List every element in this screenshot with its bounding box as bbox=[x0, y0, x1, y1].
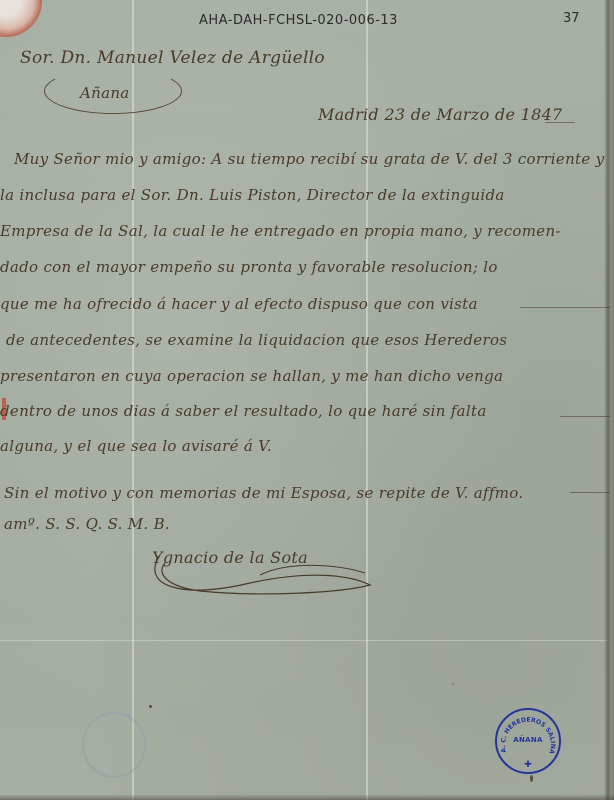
paper-speck bbox=[530, 775, 533, 782]
body-line: la inclusa para el Sor. Dn. Luis Piston,… bbox=[0, 186, 505, 204]
addressee-place: Añana bbox=[80, 84, 130, 102]
fold-line bbox=[132, 0, 134, 800]
archive-stamp: A. C. HEREDEROS SALINAS AÑANA ✚ bbox=[495, 708, 561, 774]
folio-number: 37 bbox=[563, 11, 580, 26]
courtesy-abbreviation: amº. S. S. Q. S. M. B. bbox=[4, 515, 170, 533]
stamp-center-text: AÑANA bbox=[497, 736, 559, 744]
svg-text:A. C. HEREDEROS SALINAS: A. C. HEREDEROS SALINAS bbox=[497, 710, 556, 755]
body-line: dentro de unos dias á saber el resultado… bbox=[0, 402, 487, 420]
cross-icon: ✚ bbox=[497, 760, 559, 770]
red-wax-stain bbox=[0, 0, 42, 37]
body-line: presentaron en cuya operacion se hallan,… bbox=[0, 367, 503, 385]
paper-speck bbox=[149, 705, 152, 708]
body-line: alguna, y el que sea lo avisaré á V. bbox=[0, 437, 272, 455]
paper-edge-right bbox=[604, 0, 614, 800]
fold-line bbox=[0, 640, 614, 641]
addressee-name: Sor. Dn. Manuel Velez de Argüello bbox=[20, 48, 325, 68]
body-line: Empresa de la Sal, la cual le he entrega… bbox=[0, 222, 561, 240]
paper-speck bbox=[452, 683, 454, 685]
body-line: de antecedentes, se examine la liquidaci… bbox=[6, 331, 507, 349]
date-underline bbox=[545, 122, 575, 123]
signature-flourish bbox=[140, 545, 380, 595]
line-filler-rule bbox=[520, 307, 610, 308]
place-date: Madrid 23 de Marzo de 1847 bbox=[318, 105, 563, 124]
line-filler-rule bbox=[560, 416, 610, 417]
paper-edge-bottom bbox=[0, 794, 614, 800]
letter-page: AHA-DAH-FCHSL-020-006-13 37 Sor. Dn. Man… bbox=[0, 0, 614, 800]
archive-reference: AHA-DAH-FCHSL-020-006-13 bbox=[199, 13, 398, 28]
body-line: Muy Señor mio y amigo: A su tiempo recib… bbox=[14, 150, 604, 168]
line-filler-rule bbox=[570, 492, 610, 493]
body-line: que me ha ofrecido á hacer y al efecto d… bbox=[0, 295, 478, 313]
body-line: dado con el mayor empeño su pronta y fav… bbox=[0, 258, 498, 276]
closing-line: Sin el motivo y con memorias de mi Espos… bbox=[4, 484, 523, 502]
ghost-stamp-impression bbox=[82, 712, 146, 778]
